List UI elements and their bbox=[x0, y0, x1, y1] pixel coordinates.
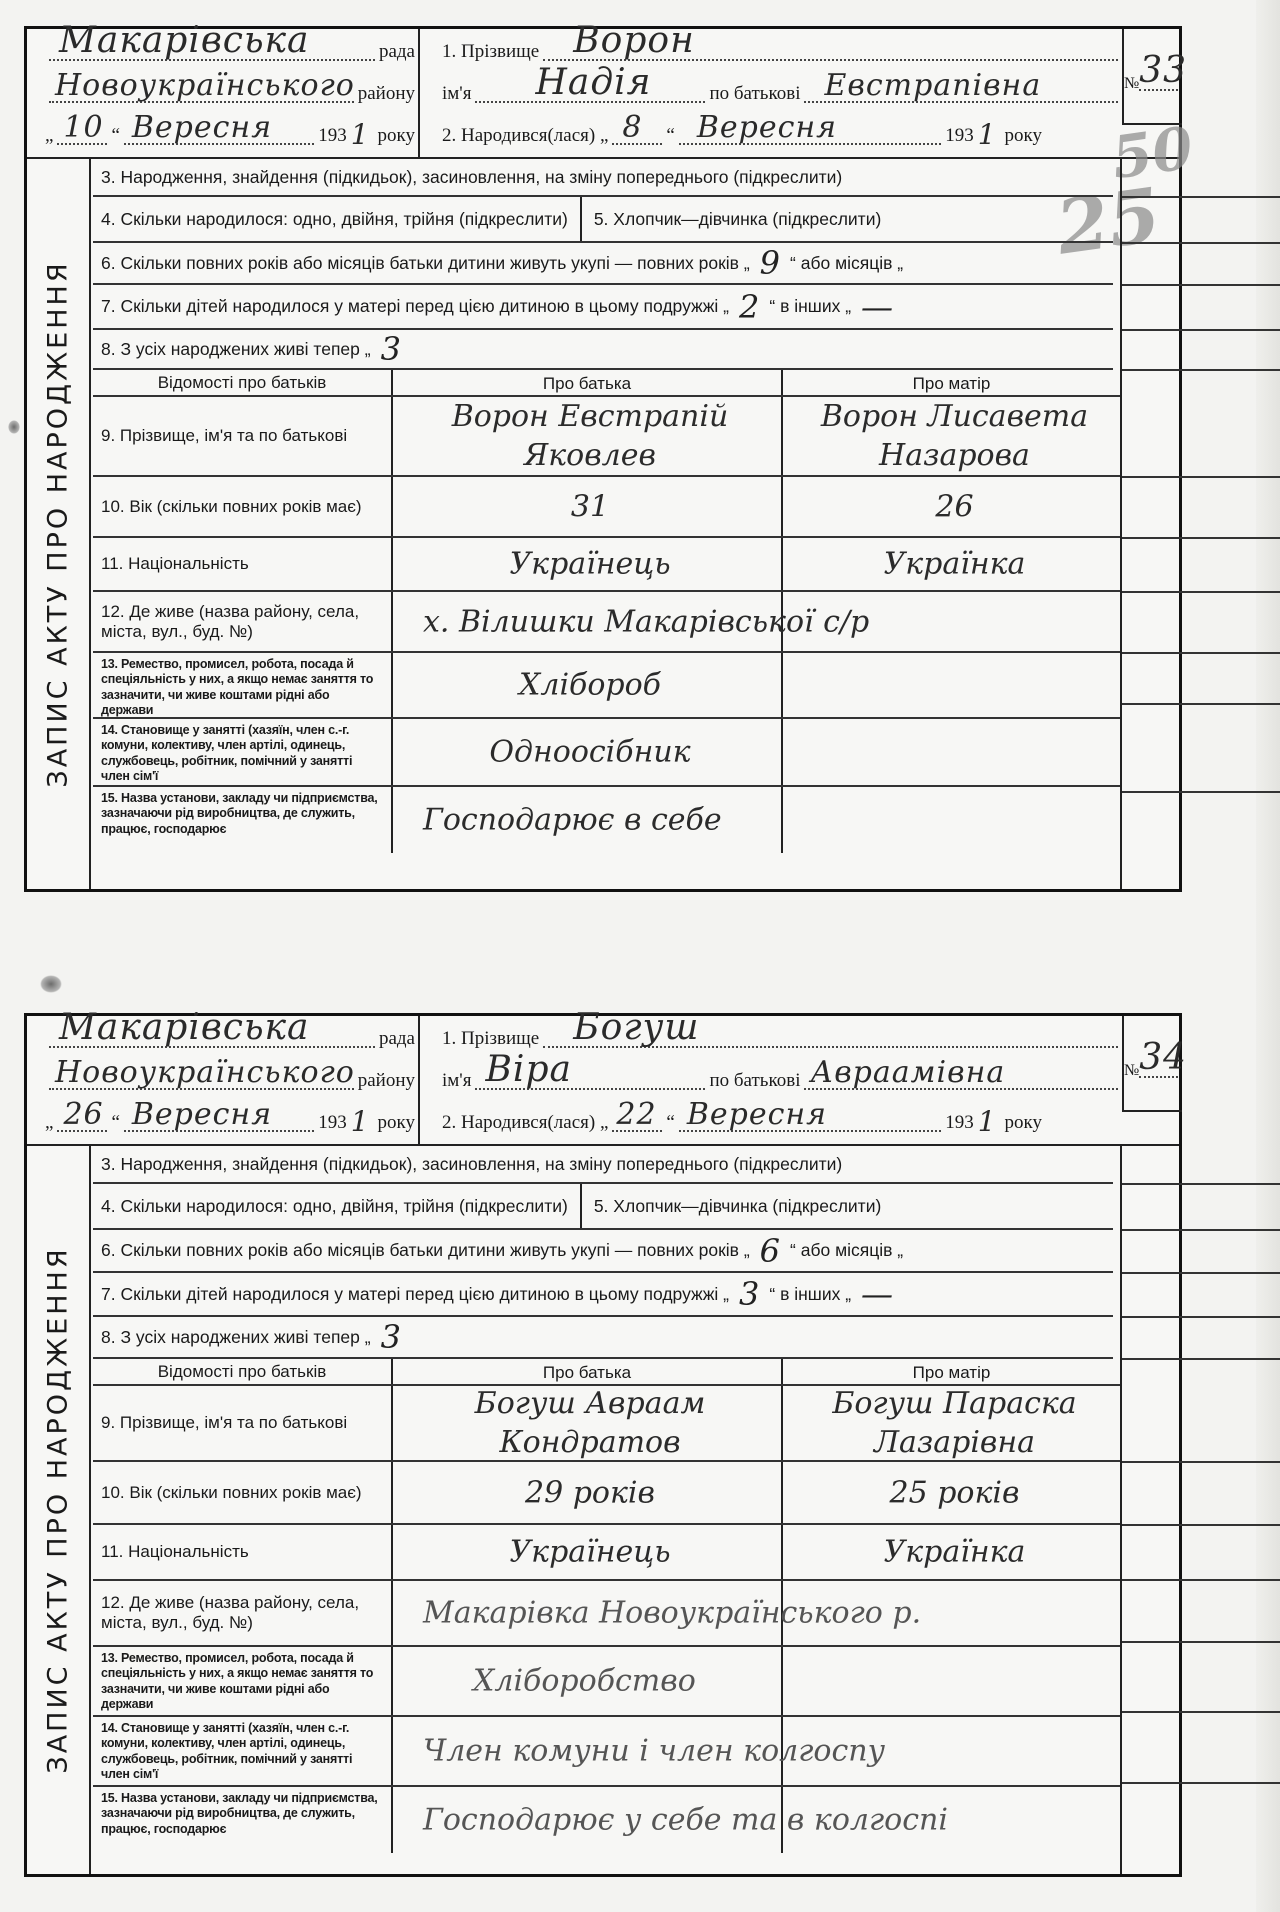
row-age: 10. Вік (скільки повних років має) 31 26 bbox=[93, 477, 1120, 538]
mother-age: 26 bbox=[797, 487, 1112, 526]
registration-date-line: „ 26 “ Вересня 193 1 року bbox=[45, 1100, 415, 1138]
row-workplace: 15. Назва установи, закладу чи підприємс… bbox=[93, 1787, 1120, 1853]
surname-label: 1. Прізвище bbox=[442, 41, 539, 67]
registration-month: Вересня bbox=[132, 1097, 272, 1132]
q7-other-value: — bbox=[861, 1275, 893, 1313]
father-nationality: Українець bbox=[407, 1533, 773, 1572]
q7-other-value: — bbox=[861, 288, 893, 326]
form-body: 3. Народження, знайдення (підкидьок), за… bbox=[93, 1146, 1179, 1874]
form-body: 3. Народження, знайдення (підкидьок), за… bbox=[93, 159, 1179, 889]
row-residence: 12. Де живе (назва району, села, міста, … bbox=[93, 1581, 1120, 1647]
parents-table-header: Відомості про батьків Про батька Про мат… bbox=[93, 1359, 1120, 1386]
father-employment-status: Одноосібник bbox=[407, 733, 773, 772]
born-label: 2. Народився(лася) bbox=[442, 1112, 595, 1138]
district-line: Новоукраїнського району bbox=[45, 71, 415, 109]
birth-date-line: 2. Народився(лася) „ 8 “ Вересня 193 1 р… bbox=[442, 113, 1042, 151]
q6-cohabitation: 6. Скільки повних років або місяців бать… bbox=[93, 1230, 1113, 1273]
row-full-name: 9. Прізвище, ім'я та по батькові Ворон Е… bbox=[93, 397, 1120, 477]
born-label: 2. Народився(лася) bbox=[442, 125, 595, 151]
right-margin-column bbox=[1120, 159, 1280, 889]
council-value: Макарівська bbox=[59, 20, 310, 61]
parents-table-header: Відомості про батьків Про батька Про мат… bbox=[93, 370, 1120, 397]
row-workplace: 15. Назва установи, закладу чи підприємс… bbox=[93, 787, 1120, 853]
q6-years-value: 6 bbox=[760, 1232, 780, 1270]
row-full-name: 9. Прізвище, ім'я та по батькові Богуш А… bbox=[93, 1386, 1120, 1462]
q7-previous-children: 7. Скільки дітей народилося у матері пер… bbox=[93, 1273, 1113, 1317]
right-margin-column bbox=[1120, 1146, 1280, 1874]
mother-nationality: Українка bbox=[797, 1533, 1112, 1572]
mother-nationality: Українка bbox=[797, 545, 1112, 584]
child-block: 1. Прізвище Богуш ім'я Віра по батькові … bbox=[422, 1016, 1122, 1146]
surname-value: Ворон bbox=[573, 20, 695, 61]
father-name: Ворон Евстрапій Яковлев bbox=[407, 397, 773, 475]
q7-previous-children: 7. Скільки дітей народилося у матері пер… bbox=[93, 285, 1113, 330]
name-value: Віра bbox=[485, 1049, 571, 1090]
q4-multiplicity: 4. Скільки народилося: одно, двійня, трі… bbox=[101, 209, 568, 230]
form-header: Макарівська рада Новоукраїнського району… bbox=[27, 29, 1179, 159]
father-nationality: Українець bbox=[407, 545, 773, 584]
record-number: 34 bbox=[1139, 1037, 1187, 1078]
q8-living-children: 8. З усіх народжених живі тепер „ 3 bbox=[93, 330, 1113, 370]
district-label: району bbox=[358, 1070, 415, 1096]
q5-sex: 5. Хлопчик—дівчинка (підкреслити) bbox=[594, 209, 881, 230]
patronymic-value: Евстрапівна bbox=[824, 68, 1041, 103]
birth-month: Вересня bbox=[687, 1097, 827, 1132]
row-age: 10. Вік (скільки повних років має) 29 ро… bbox=[93, 1462, 1120, 1525]
q8-value: 3 bbox=[381, 330, 401, 368]
q4-q5-row: 4. Скільки народилося: одно, двійня, трі… bbox=[93, 1184, 1113, 1230]
father-age: 31 bbox=[407, 487, 773, 526]
name-label: ім'я bbox=[442, 1070, 471, 1096]
q6-years-value: 9 bbox=[760, 244, 780, 282]
council-block: Макарівська рада Новоукраїнського району… bbox=[27, 29, 420, 159]
side-title-strip: ЗАПИС АКТУ ПРО НАРОДЖЕННЯ bbox=[27, 159, 91, 889]
q3-birth-type: 3. Народження, знайдення (підкидьок), за… bbox=[93, 159, 1113, 197]
number-label: № bbox=[1124, 1062, 1139, 1084]
row-employment-status: 14. Становище у занятті (хазяїн, член с.… bbox=[93, 719, 1120, 787]
district-line: Новоукраїнського району bbox=[45, 1058, 415, 1096]
birth-year-label: року bbox=[1005, 1112, 1042, 1138]
name-line: ім'я Надія по батькові Евстрапівна bbox=[442, 71, 1122, 109]
birth-record-form-2: Макарівська рада Новоукраїнського району… bbox=[24, 1013, 1182, 1877]
birth-year-suffix: 1 bbox=[978, 1105, 997, 1138]
record-number-box: № 33 bbox=[1122, 29, 1182, 125]
q7-value: 2 bbox=[739, 288, 759, 326]
registration-year-label: року bbox=[378, 1112, 415, 1138]
q8-value: 3 bbox=[381, 1318, 401, 1356]
father-name: Богуш Авраам Кондратов bbox=[407, 1384, 773, 1462]
registration-year-suffix: 1 bbox=[351, 1105, 370, 1138]
district-label: району bbox=[358, 83, 415, 109]
council-label: рада bbox=[379, 41, 415, 67]
council-value: Макарівська bbox=[59, 1007, 310, 1048]
birth-record-form-1: Макарівська рада Новоукраїнського району… bbox=[24, 26, 1182, 892]
birth-day: 8 bbox=[622, 110, 642, 145]
mother-name: Ворон Лисавета Назарова bbox=[797, 397, 1112, 475]
q6-cohabitation: 6. Скільки повних років або місяців бать… bbox=[93, 243, 1113, 285]
side-title-strip: ЗАПИС АКТУ ПРО НАРОДЖЕННЯ bbox=[27, 1146, 91, 1874]
surname-value: Богуш bbox=[573, 1007, 699, 1048]
patronymic-value: Авраамівна bbox=[810, 1055, 1005, 1090]
name-value: Надія bbox=[535, 62, 651, 103]
q4-q5-row: 4. Скільки народилося: одно, двійня, трі… bbox=[93, 197, 1113, 243]
registration-date-line: „ 10 “ Вересня 193 1 року bbox=[45, 113, 415, 151]
father-age: 29 років bbox=[407, 1473, 773, 1512]
birth-year-prefix: 193 bbox=[945, 125, 974, 151]
ink-spot bbox=[8, 420, 20, 434]
child-block: 1. Прізвище Ворон ім'я Надія по батькові… bbox=[422, 29, 1122, 159]
birth-date-line: 2. Народився(лася) „ 22 “ Вересня 193 1 … bbox=[442, 1100, 1042, 1138]
birth-year-label: року bbox=[1005, 125, 1042, 151]
row-employment-status: 14. Становище у занятті (хазяїн, член с.… bbox=[93, 1717, 1120, 1787]
district-value: Новоукраїнського bbox=[55, 68, 355, 103]
district-value: Новоукраїнського bbox=[55, 1055, 355, 1090]
row-occupation: 13. Ремество, промисел, робота, посада й… bbox=[93, 653, 1120, 719]
form-header: Макарівська рада Новоукраїнського району… bbox=[27, 1016, 1179, 1146]
row-residence: 12. Де живе (назва району, села, міста, … bbox=[93, 592, 1120, 653]
name-line: ім'я Віра по батькові Авраамівна bbox=[442, 1058, 1122, 1096]
side-title: ЗАПИС АКТУ ПРО НАРОДЖЕННЯ bbox=[43, 1246, 74, 1773]
row-nationality: 11. Національність Українець Українка bbox=[93, 538, 1120, 592]
q5-sex: 5. Хлопчик—дівчинка (підкреслити) bbox=[594, 1196, 881, 1217]
ink-blot bbox=[40, 975, 62, 993]
row-nationality: 11. Національність Українець Українка bbox=[93, 1525, 1120, 1581]
q7-value: 3 bbox=[739, 1275, 759, 1313]
birth-year-suffix: 1 bbox=[978, 118, 997, 151]
record-number-box: № 34 bbox=[1122, 1016, 1182, 1112]
registration-year-label: року bbox=[378, 125, 415, 151]
side-title: ЗАПИС АКТУ ПРО НАРОДЖЕННЯ bbox=[43, 260, 74, 787]
birth-day: 22 bbox=[616, 1097, 656, 1132]
mother-name: Богуш Параска Лазарівна bbox=[797, 1384, 1112, 1462]
row-occupation: 13. Ремество, промисел, робота, посада й… bbox=[93, 1647, 1120, 1717]
registration-year-suffix: 1 bbox=[351, 118, 370, 151]
birth-month: Вересня bbox=[697, 110, 837, 145]
council-line: Макарівська рада bbox=[45, 29, 415, 67]
father-occupation: Хлібороб bbox=[407, 666, 773, 705]
registration-year-prefix: 193 bbox=[318, 125, 347, 151]
registration-month: Вересня bbox=[132, 110, 272, 145]
registration-day: 26 bbox=[63, 1097, 103, 1132]
patronymic-label: по батькові bbox=[709, 1070, 800, 1096]
mother-age: 25 років bbox=[797, 1473, 1112, 1512]
council-line: Макарівська рада bbox=[45, 1016, 415, 1054]
registration-year-prefix: 193 bbox=[318, 1112, 347, 1138]
number-label: № bbox=[1124, 75, 1139, 97]
name-label: ім'я bbox=[442, 83, 471, 109]
q3-birth-type: 3. Народження, знайдення (підкидьок), за… bbox=[93, 1146, 1113, 1184]
q4-multiplicity: 4. Скільки народилося: одно, двійня, трі… bbox=[101, 1196, 568, 1217]
council-label: рада bbox=[379, 1028, 415, 1054]
q8-living-children: 8. З усіх народжених живі тепер „ 3 bbox=[93, 1317, 1113, 1359]
record-number: 33 bbox=[1139, 50, 1187, 91]
patronymic-label: по батькові bbox=[709, 83, 800, 109]
registration-day: 10 bbox=[63, 110, 103, 145]
birth-year-prefix: 193 bbox=[945, 1112, 974, 1138]
council-block: Макарівська рада Новоукраїнського району… bbox=[27, 1016, 420, 1146]
